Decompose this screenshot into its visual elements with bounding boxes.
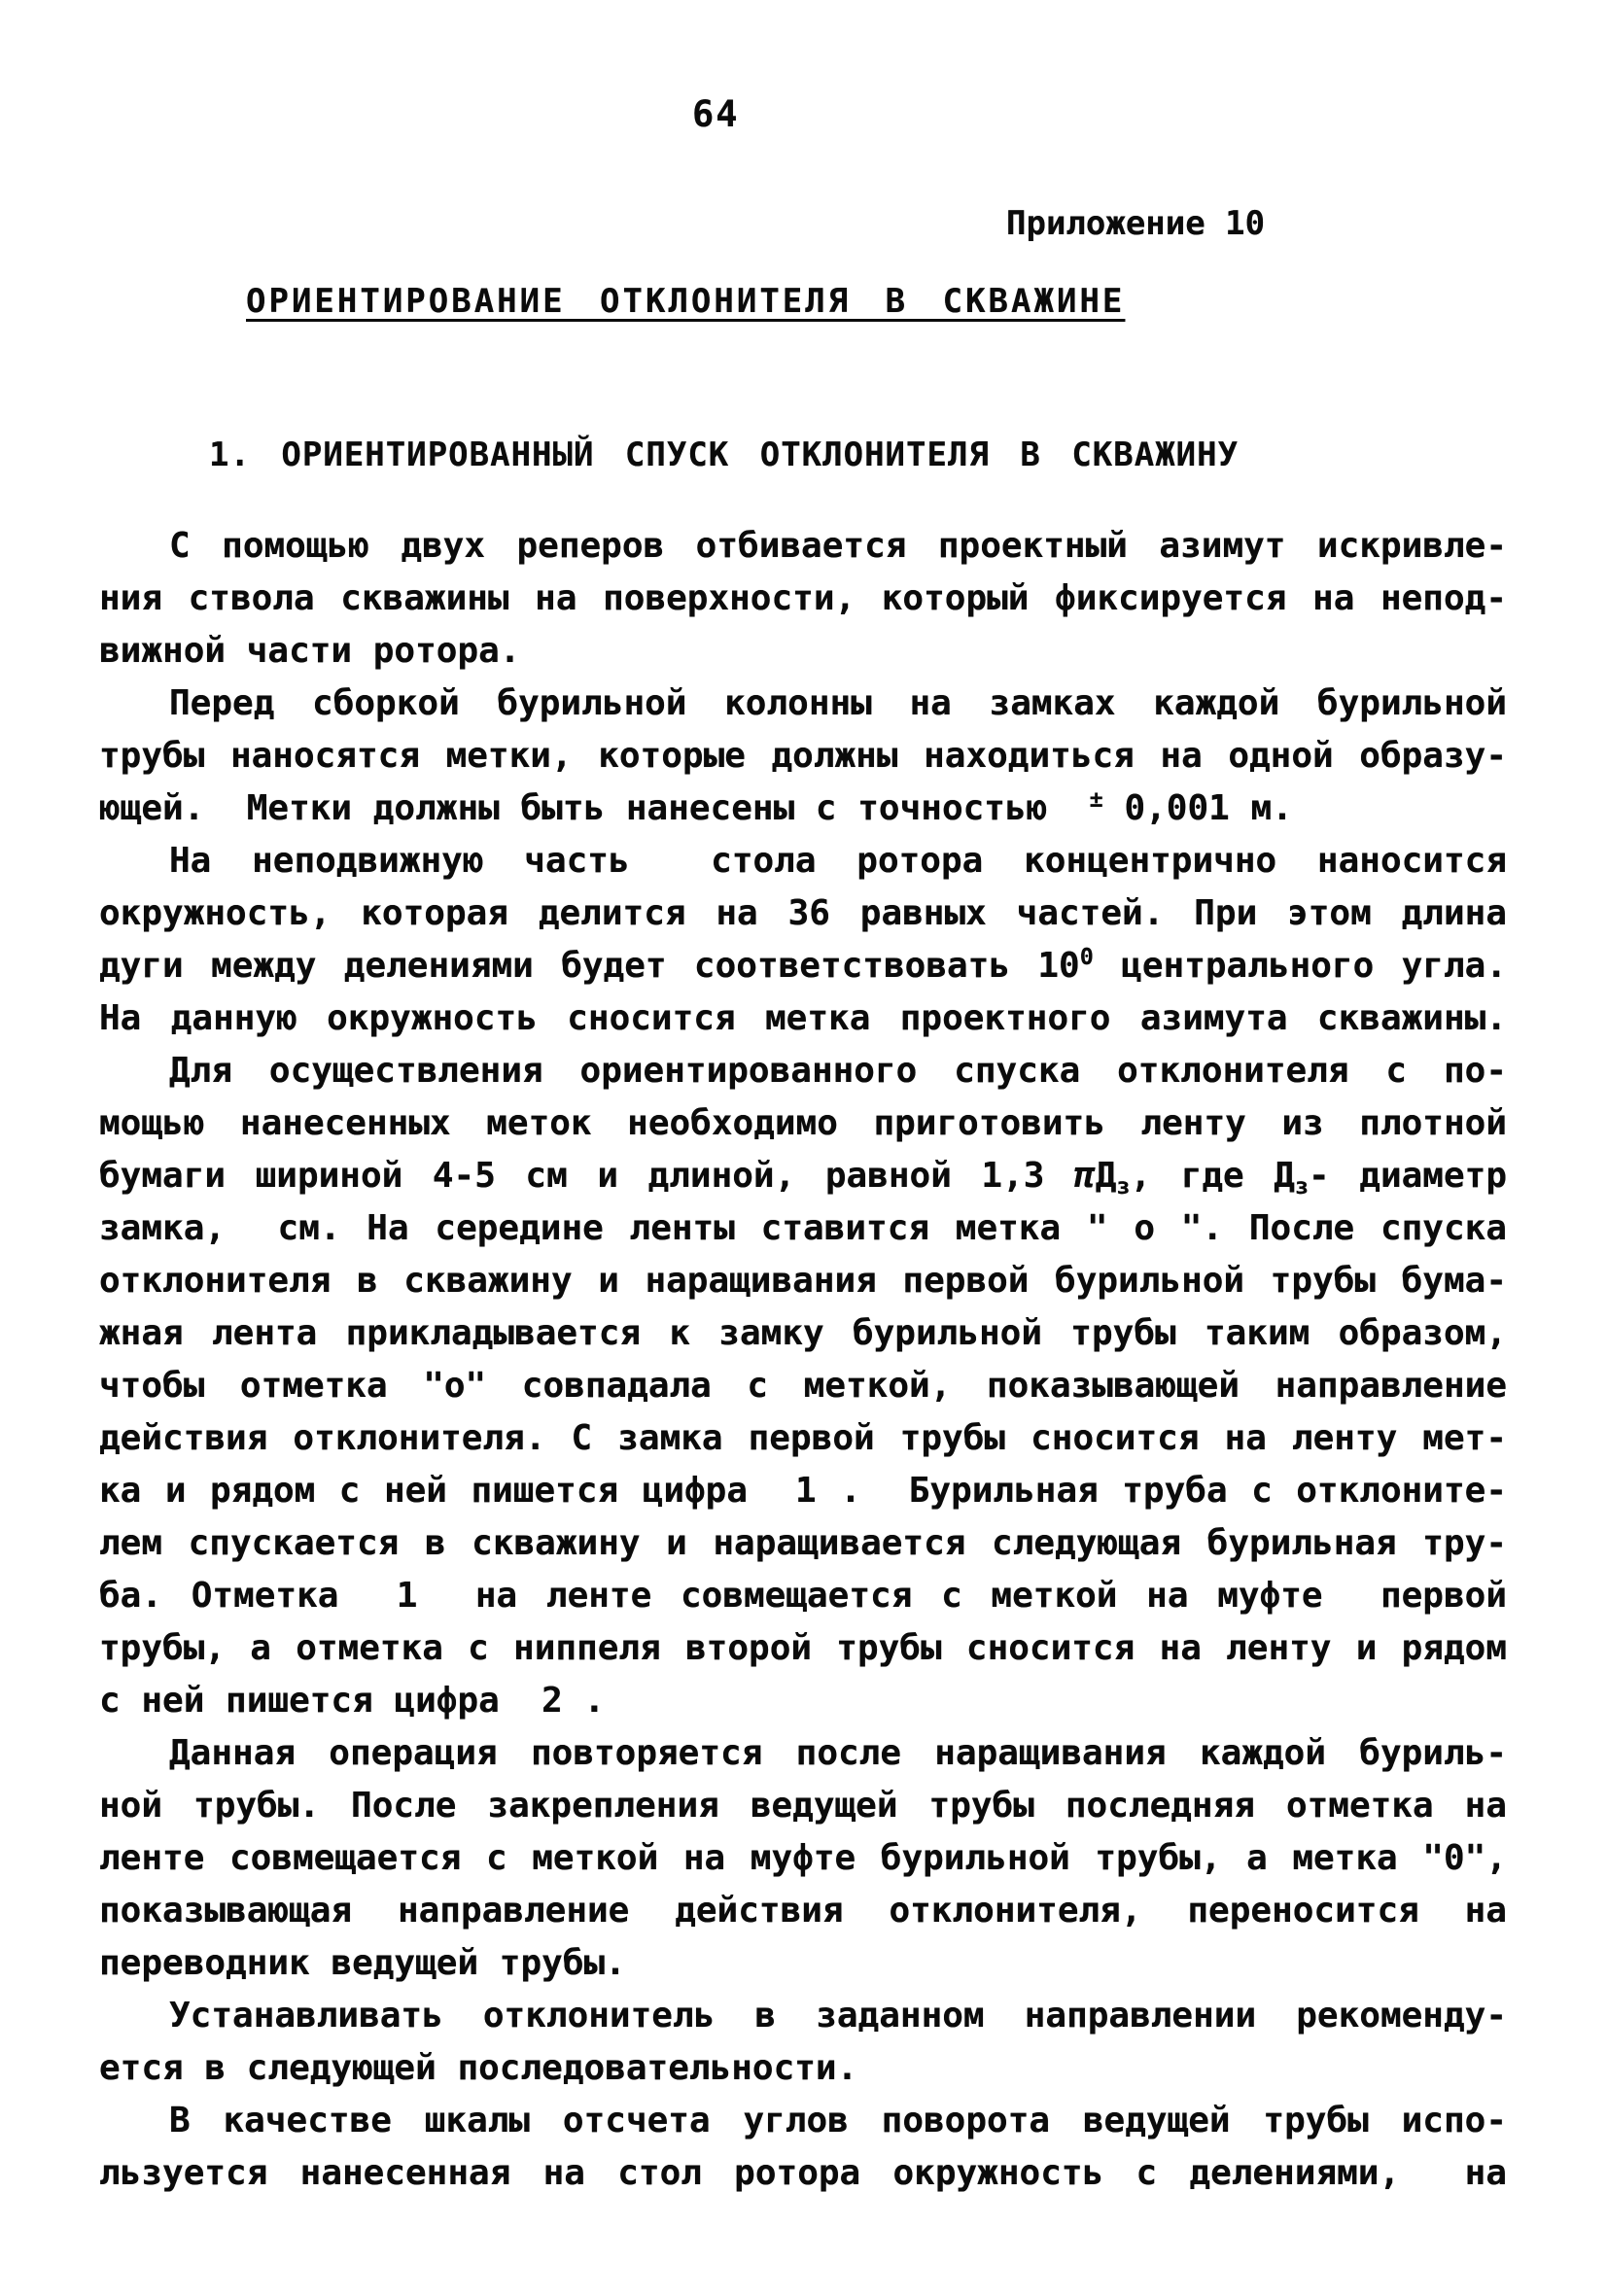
text-segment: ющей. Метки должны быть нанесены с точно… (99, 788, 1090, 828)
text-line: трубы наносятся метки, которые должны на… (99, 730, 1507, 783)
text-segment: На неподвижную часть стола ротора концен… (169, 841, 1507, 881)
text-line: ющей. Метки должны быть нанесены с точно… (99, 783, 1507, 835)
text-line: ленте совмещается с меткой на муфте бури… (99, 1832, 1507, 1885)
text-line: На неподвижную часть стола ротора концен… (99, 835, 1507, 887)
text-segment: окружность, которая делится на 36 равных… (99, 893, 1507, 933)
text-line: ба. Отметка 1 на ленте совмещается с мет… (99, 1570, 1507, 1622)
text-segment-sub: з (1116, 1172, 1130, 1200)
text-segment: жная лента прикладывается к замку буриль… (99, 1313, 1507, 1353)
text-segment: С помощью двух реперов отбивается проект… (169, 526, 1507, 566)
text-line: В качестве шкалы отсчета углов поворота … (99, 2095, 1507, 2147)
text-line: ния ствола скважины на поверхности, кото… (99, 573, 1507, 625)
text-line: ной трубы. После закрепления ведущей тру… (99, 1780, 1507, 1832)
text-line: ка и рядом с ней пишется цифра 1 . Бурил… (99, 1465, 1507, 1517)
text-segment: вижной части ротора. (99, 631, 520, 671)
text-segment: ется в следующей последовательности. (99, 2048, 857, 2088)
text-line: ется в следующей последовательности. (99, 2042, 1507, 2095)
document-body: С помощью двух реперов отбивается проект… (99, 520, 1507, 2200)
text-segment: , где Д (1130, 1156, 1294, 1196)
text-segment-sup: ± (1090, 785, 1103, 813)
text-segment: - диаметр (1309, 1156, 1507, 1196)
text-segment-sup: 0 (1080, 943, 1094, 970)
text-line: жная лента прикладывается к замку буриль… (99, 1307, 1507, 1360)
text-segment: ка и рядом с ней пишется цифра 1 . Бурил… (99, 1471, 1507, 1511)
text-segment: Устанавливать отклонитель в заданном нап… (169, 1996, 1507, 2035)
text-line: окружность, которая делится на 36 равных… (99, 887, 1507, 940)
text-line: бумаги шириной 4-5 см и длиной, равной 1… (99, 1150, 1507, 1202)
text-segment: дуги между делениями будет соответствова… (99, 946, 1080, 986)
text-segment: с ней пишется цифра 2 . (99, 1681, 605, 1721)
text-segment-pi: π (1074, 1156, 1096, 1196)
text-line: льзуется нанесенная на стол ротора окруж… (99, 2147, 1507, 2200)
section-heading: 1. ОРИЕНТИРОВАННЫЙ СПУСК ОТКЛОНИТЕЛЯ В С… (209, 435, 1239, 474)
text-segment: Данная операция повторяется после наращи… (169, 1733, 1507, 1773)
scanned-document-page: 64 Приложение 10 ОРИЕНТИРОВАНИЕ ОТКЛОНИТ… (0, 0, 1607, 2296)
text-segment: лем спускается в скважину и наращивается… (99, 1523, 1507, 1563)
text-segment: центрального угла. (1094, 946, 1507, 986)
text-line: с ней пишется цифра 2 . (99, 1675, 1507, 1727)
text-line: вижной части ротора. (99, 625, 1507, 678)
text-line: лем спускается в скважину и наращивается… (99, 1517, 1507, 1570)
text-segment: ба. Отметка 1 на ленте совмещается с мет… (99, 1576, 1507, 1616)
document-title: ОРИЕНТИРОВАНИЕ ОТКЛОНИТЕЛЯ В СКВАЖИНЕ (246, 282, 1125, 321)
text-line: дуги между делениями будет соответствова… (99, 940, 1507, 992)
text-segment: ной трубы. После закрепления ведущей тру… (99, 1786, 1507, 1826)
text-line: замка, см. На середине ленты ставится ме… (99, 1202, 1507, 1255)
text-segment: льзуется нанесенная на стол ротора окруж… (99, 2153, 1507, 2193)
text-segment: показывающая направление действия отклон… (99, 1891, 1507, 1931)
text-segment: замка, см. На середине ленты ставится ме… (99, 1208, 1507, 1248)
text-line: На данную окружность сносится метка прое… (99, 992, 1507, 1045)
text-line: трубы, а отметка с ниппеля второй трубы … (99, 1622, 1507, 1675)
text-line: отклонителя в скважину и наращивания пер… (99, 1255, 1507, 1307)
text-segment: чтобы отметка "о" совпадала с меткой, по… (99, 1366, 1507, 1406)
text-segment: мощью нанесенных меток необходимо пригот… (99, 1103, 1507, 1143)
text-segment-sub: з (1295, 1172, 1309, 1200)
text-segment: ния ствола скважины на поверхности, кото… (99, 578, 1507, 618)
annex-label: Приложение 10 (1006, 204, 1265, 243)
text-segment: На данную окружность сносится метка прое… (99, 998, 1507, 1038)
text-segment: бумаги шириной 4-5 см и длиной, равной 1… (99, 1156, 1074, 1196)
text-line: показывающая направление действия отклон… (99, 1885, 1507, 1937)
text-segment: Перед сборкой бурильной колонны на замка… (169, 683, 1507, 723)
text-line: Для осуществления ориентированного спуск… (99, 1045, 1507, 1097)
text-segment: трубы наносятся метки, которые должны на… (99, 736, 1507, 776)
text-line: Устанавливать отклонитель в заданном нап… (99, 1990, 1507, 2042)
text-line: чтобы отметка "о" совпадала с меткой, по… (99, 1360, 1507, 1412)
text-segment: В качестве шкалы отсчета углов поворота … (169, 2101, 1507, 2140)
text-segment: Д (1096, 1156, 1117, 1196)
text-segment: трубы, а отметка с ниппеля второй трубы … (99, 1628, 1507, 1668)
text-line: С помощью двух реперов отбивается проект… (99, 520, 1507, 573)
text-line: переводник ведущей трубы. (99, 1937, 1507, 1990)
text-line: действия отклонителя. С замка первой тру… (99, 1412, 1507, 1465)
page-number: 64 (692, 93, 740, 135)
text-segment: Для осуществления ориентированного спуск… (169, 1051, 1507, 1091)
text-segment: переводник ведущей трубы. (99, 1943, 626, 1983)
text-line: мощью нанесенных меток необходимо пригот… (99, 1097, 1507, 1150)
text-segment: ленте совмещается с меткой на муфте бури… (99, 1838, 1507, 1878)
text-segment: отклонителя в скважину и наращивания пер… (99, 1261, 1507, 1301)
text-line: Данная операция повторяется после наращи… (99, 1727, 1507, 1780)
text-line: Перед сборкой бурильной колонны на замка… (99, 678, 1507, 730)
text-segment: действия отклонителя. С замка первой тру… (99, 1418, 1507, 1458)
text-segment: 0,001 м. (1103, 788, 1293, 828)
